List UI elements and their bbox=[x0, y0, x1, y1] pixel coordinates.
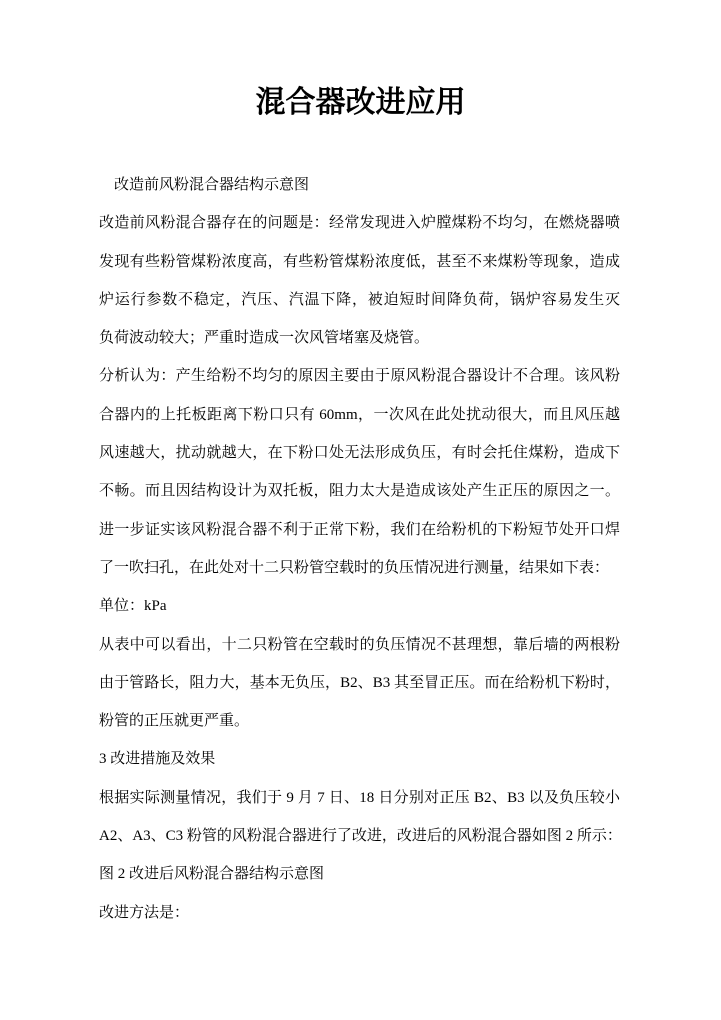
document-title: 混合器改进应用 bbox=[0, 82, 721, 124]
text-line: 从表中可以看出，十二只粉管在空载时的负压情况不甚理想，靠后墙的两根粉管 bbox=[99, 626, 620, 664]
text-line: 发现有些粉管煤粉浓度高，有些粉管煤粉浓度低，甚至不来煤粉等现象，造成锅 bbox=[99, 243, 620, 281]
figure1-caption: 改造前风粉混合器结构示意图 bbox=[99, 166, 620, 204]
para-method-intro: 改进方法是： bbox=[99, 894, 620, 932]
text-line: 风速越大，扰动就越大，在下粉口处无法形成负压，有时会托住煤粉，造成下粉 bbox=[99, 434, 620, 472]
document-page: 混合器改进应用 改造前风粉混合器结构示意图改造前风粉混合器存在的问题是：经常发现… bbox=[0, 0, 721, 1020]
text-line: 根据实际测量情况，我们于 9 月 7 日、18 日分别对正压 B2、B3 以及负… bbox=[99, 779, 620, 817]
document-body: 改造前风粉混合器结构示意图改造前风粉混合器存在的问题是：经常发现进入炉膛煤粉不均… bbox=[99, 166, 620, 932]
section-heading-improvements: 3 改进措施及效果 bbox=[99, 740, 620, 778]
text-line: A2、A3、C3 粉管的风粉混合器进行了改进，改进后的风粉混合器如图 2 所示： bbox=[99, 817, 620, 855]
unit-note: 单位：kPa bbox=[99, 587, 620, 625]
text-line: 不畅。而且因结构设计为双托板，阻力太大是造成该处产生正压的原因之一。为 bbox=[99, 472, 620, 510]
text-line: 炉运行参数不稳定，汽压、汽温下降，被迫短时间降负荷，锅炉容易发生灭火， bbox=[99, 281, 620, 319]
para-analysis: 分析认为：产生给粉不均匀的原因主要由于原风粉混合器设计不合理。该风粉混合器内的上… bbox=[99, 357, 620, 587]
para-table-discussion: 从表中可以看出，十二只粉管在空载时的负压情况不甚理想，靠后墙的两根粉管由于管路长… bbox=[99, 626, 620, 741]
text-line: 3 改进措施及效果 bbox=[99, 740, 620, 778]
para-existing-problems: 改造前风粉混合器存在的问题是：经常发现进入炉膛煤粉不均匀，在燃烧器喷口发现有些粉… bbox=[99, 204, 620, 357]
text-line: 了一吹扫孔，在此处对十二只粉管空载时的负压情况进行测量，结果如下表： bbox=[99, 549, 620, 587]
text-line: 由于管路长，阻力大，基本无负压，B2、B3 其至冒正压。而在给粉机下粉时， bbox=[99, 664, 620, 702]
text-line: 改造前风粉混合器结构示意图 bbox=[99, 166, 620, 204]
text-line: 单位：kPa bbox=[99, 587, 620, 625]
figure2-caption: 图 2 改进后风粉混合器结构示意图 bbox=[99, 855, 620, 893]
text-line: 合器内的上托板距离下粉口只有 60mm，一次风在此处扰动很大，而且风压越高 bbox=[99, 396, 620, 434]
text-line: 图 2 改进后风粉混合器结构示意图 bbox=[99, 855, 620, 893]
text-line: 粉管的正压就更严重。 bbox=[99, 702, 620, 740]
text-line: 分析认为：产生给粉不均匀的原因主要由于原风粉混合器设计不合理。该风粉混 bbox=[99, 357, 620, 395]
text-line: 进一步证实该风粉混合器不利于正常下粉，我们在给粉机的下粉短节处开口焊接 bbox=[99, 511, 620, 549]
text-line: 改进方法是： bbox=[99, 894, 620, 932]
text-line: 改造前风粉混合器存在的问题是：经常发现进入炉膛煤粉不均匀，在燃烧器喷口 bbox=[99, 204, 620, 242]
text-line: 负荷波动较大；严重时造成一次风管堵塞及烧管。 bbox=[99, 319, 620, 357]
para-improvement-actions: 根据实际测量情况，我们于 9 月 7 日、18 日分别对正压 B2、B3 以及负… bbox=[99, 779, 620, 856]
